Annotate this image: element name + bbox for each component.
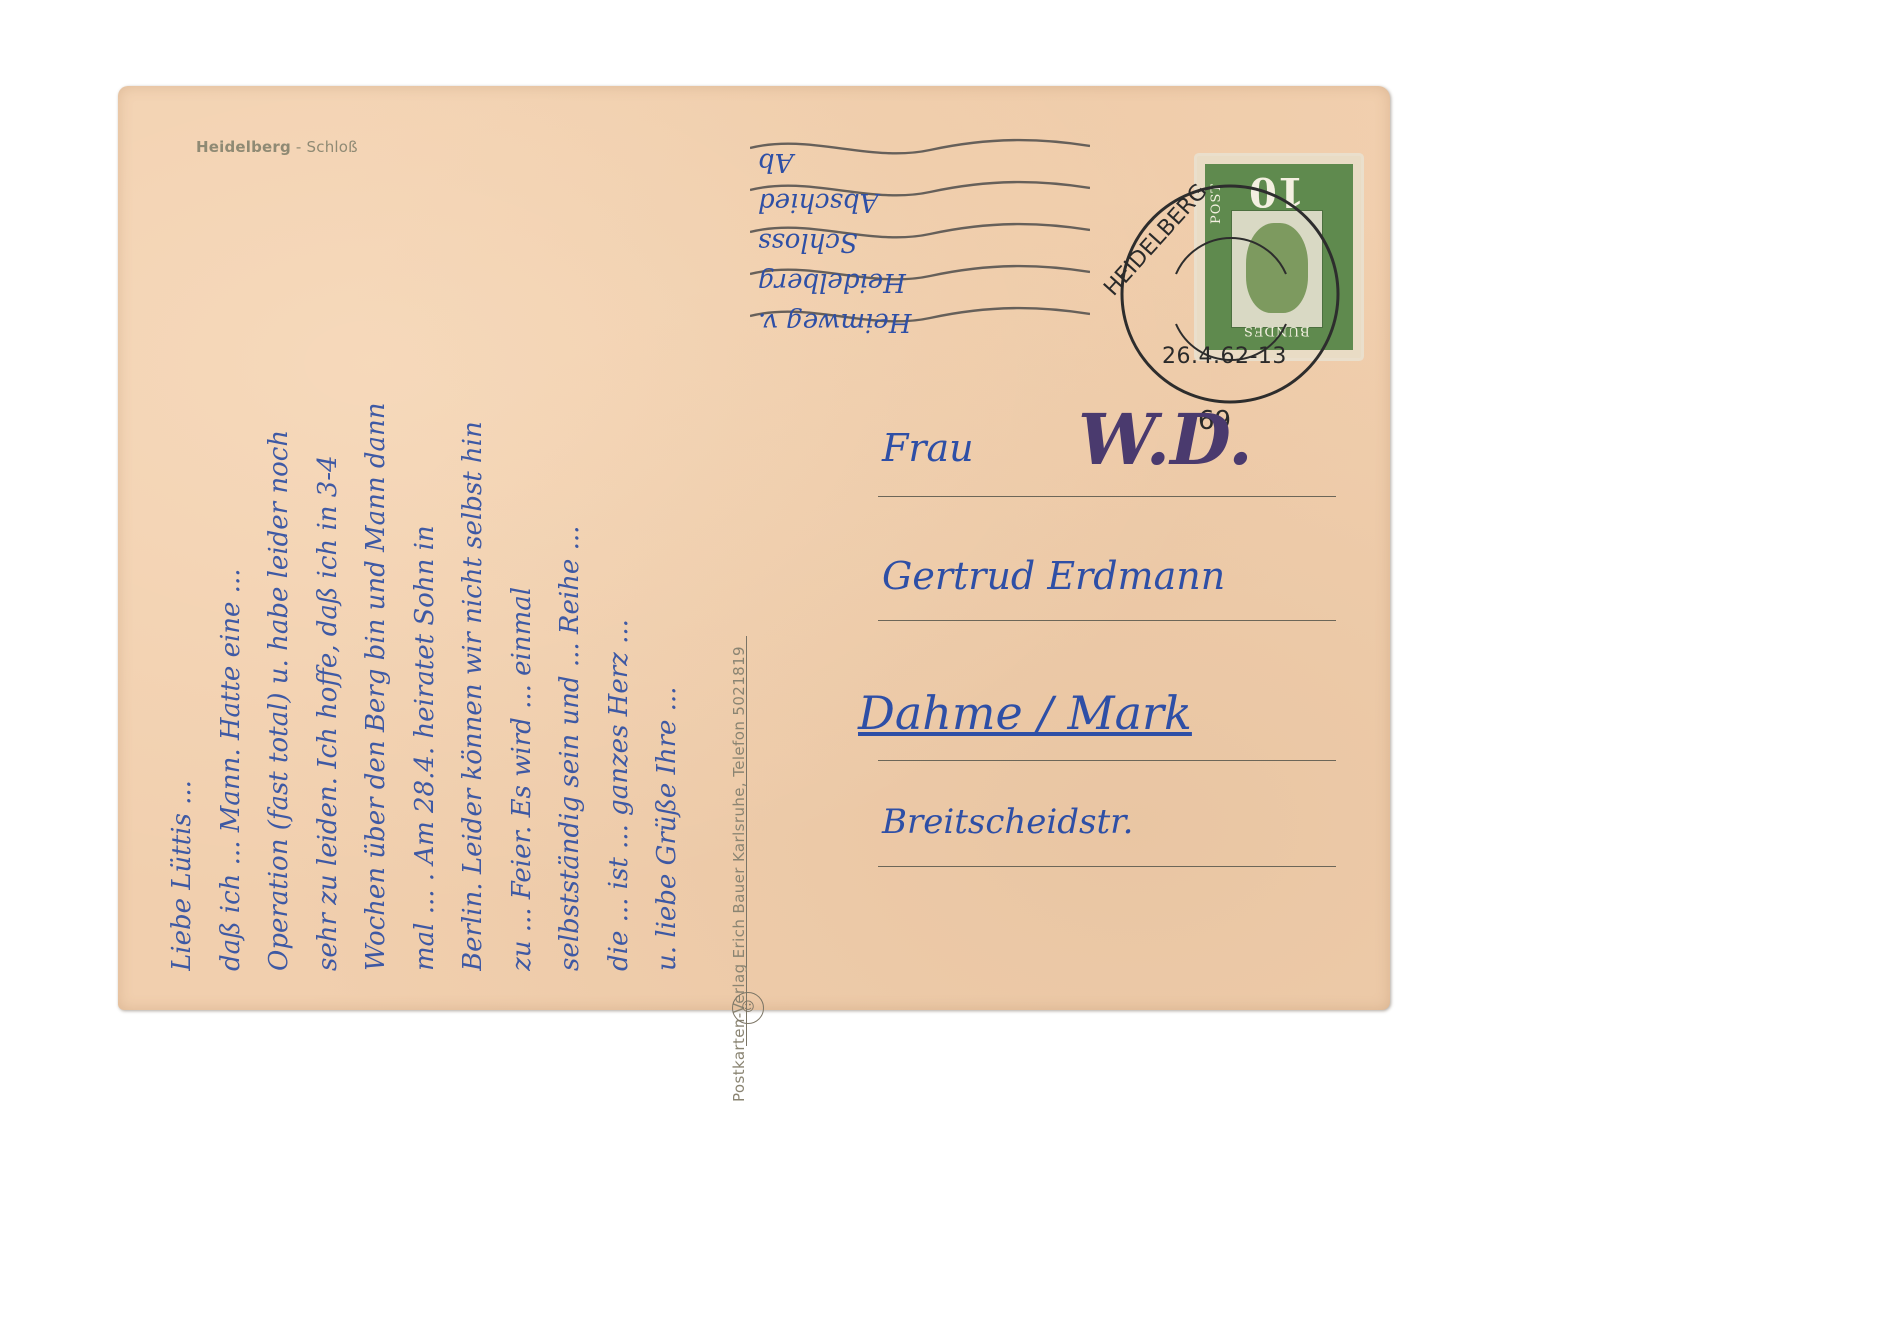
message-line: mal ... . Am 28.4. heiratet Sohn in [401, 111, 450, 971]
message-line: die ... ist ... ganzes Herz ... [595, 111, 644, 971]
postmark-date: 26.4.62-13 [1162, 344, 1287, 369]
message-line: u. liebe Grüße Ihre ... [643, 111, 692, 971]
message-line: selbstständig sein und ... Reihe ... [546, 111, 595, 971]
message-line: daß ich ... Mann. Hatte eine ... [207, 111, 256, 971]
message-line: zu ... Feier. Es wird ... einmal [498, 111, 547, 971]
message-line: Berlin. Leider können wir nicht selbst h… [449, 111, 498, 971]
postcard-back: Heidelberg - Schloß Liebe Lüttis ... daß… [118, 86, 1390, 1010]
note-line: Heimweg v. [758, 302, 958, 342]
address-rule [878, 760, 1336, 761]
postmark-circle-icon [1106, 174, 1346, 414]
note-line: Abschied [758, 182, 958, 222]
address-rule [878, 866, 1336, 867]
address-rule [878, 620, 1336, 621]
address-name: Gertrud Erdmann [882, 554, 1225, 598]
message-line: Liebe Lüttis ... [158, 111, 207, 971]
address-title: Frau [882, 426, 974, 470]
publisher-logo-icon: ☺ [732, 992, 764, 1024]
address-street: Breitscheidstr. [882, 802, 1133, 842]
note-line: Ab [758, 142, 958, 182]
message-line: Operation (fast total) u. habe leider no… [255, 111, 304, 971]
address-city: Dahme / Mark [858, 686, 1192, 740]
message-line: sehr zu leiden. Ich hoffe, daß ich in 3-… [304, 111, 353, 971]
upside-down-note: Heimweg v. Heidelberg Schloss Abschied A… [758, 142, 958, 342]
note-line: Heidelberg Schloss [758, 222, 958, 302]
address-initials: W.D. [1078, 398, 1253, 481]
handwritten-message: Liebe Lüttis ... daß ich ... Mann. Hatte… [158, 111, 692, 971]
publisher-imprint: Postkarten-Verlag Erich Bauer Karlsruhe,… [730, 646, 748, 1102]
address-rule [878, 496, 1336, 497]
message-line: Wochen über den Berg bin und Mann dann [352, 111, 401, 971]
